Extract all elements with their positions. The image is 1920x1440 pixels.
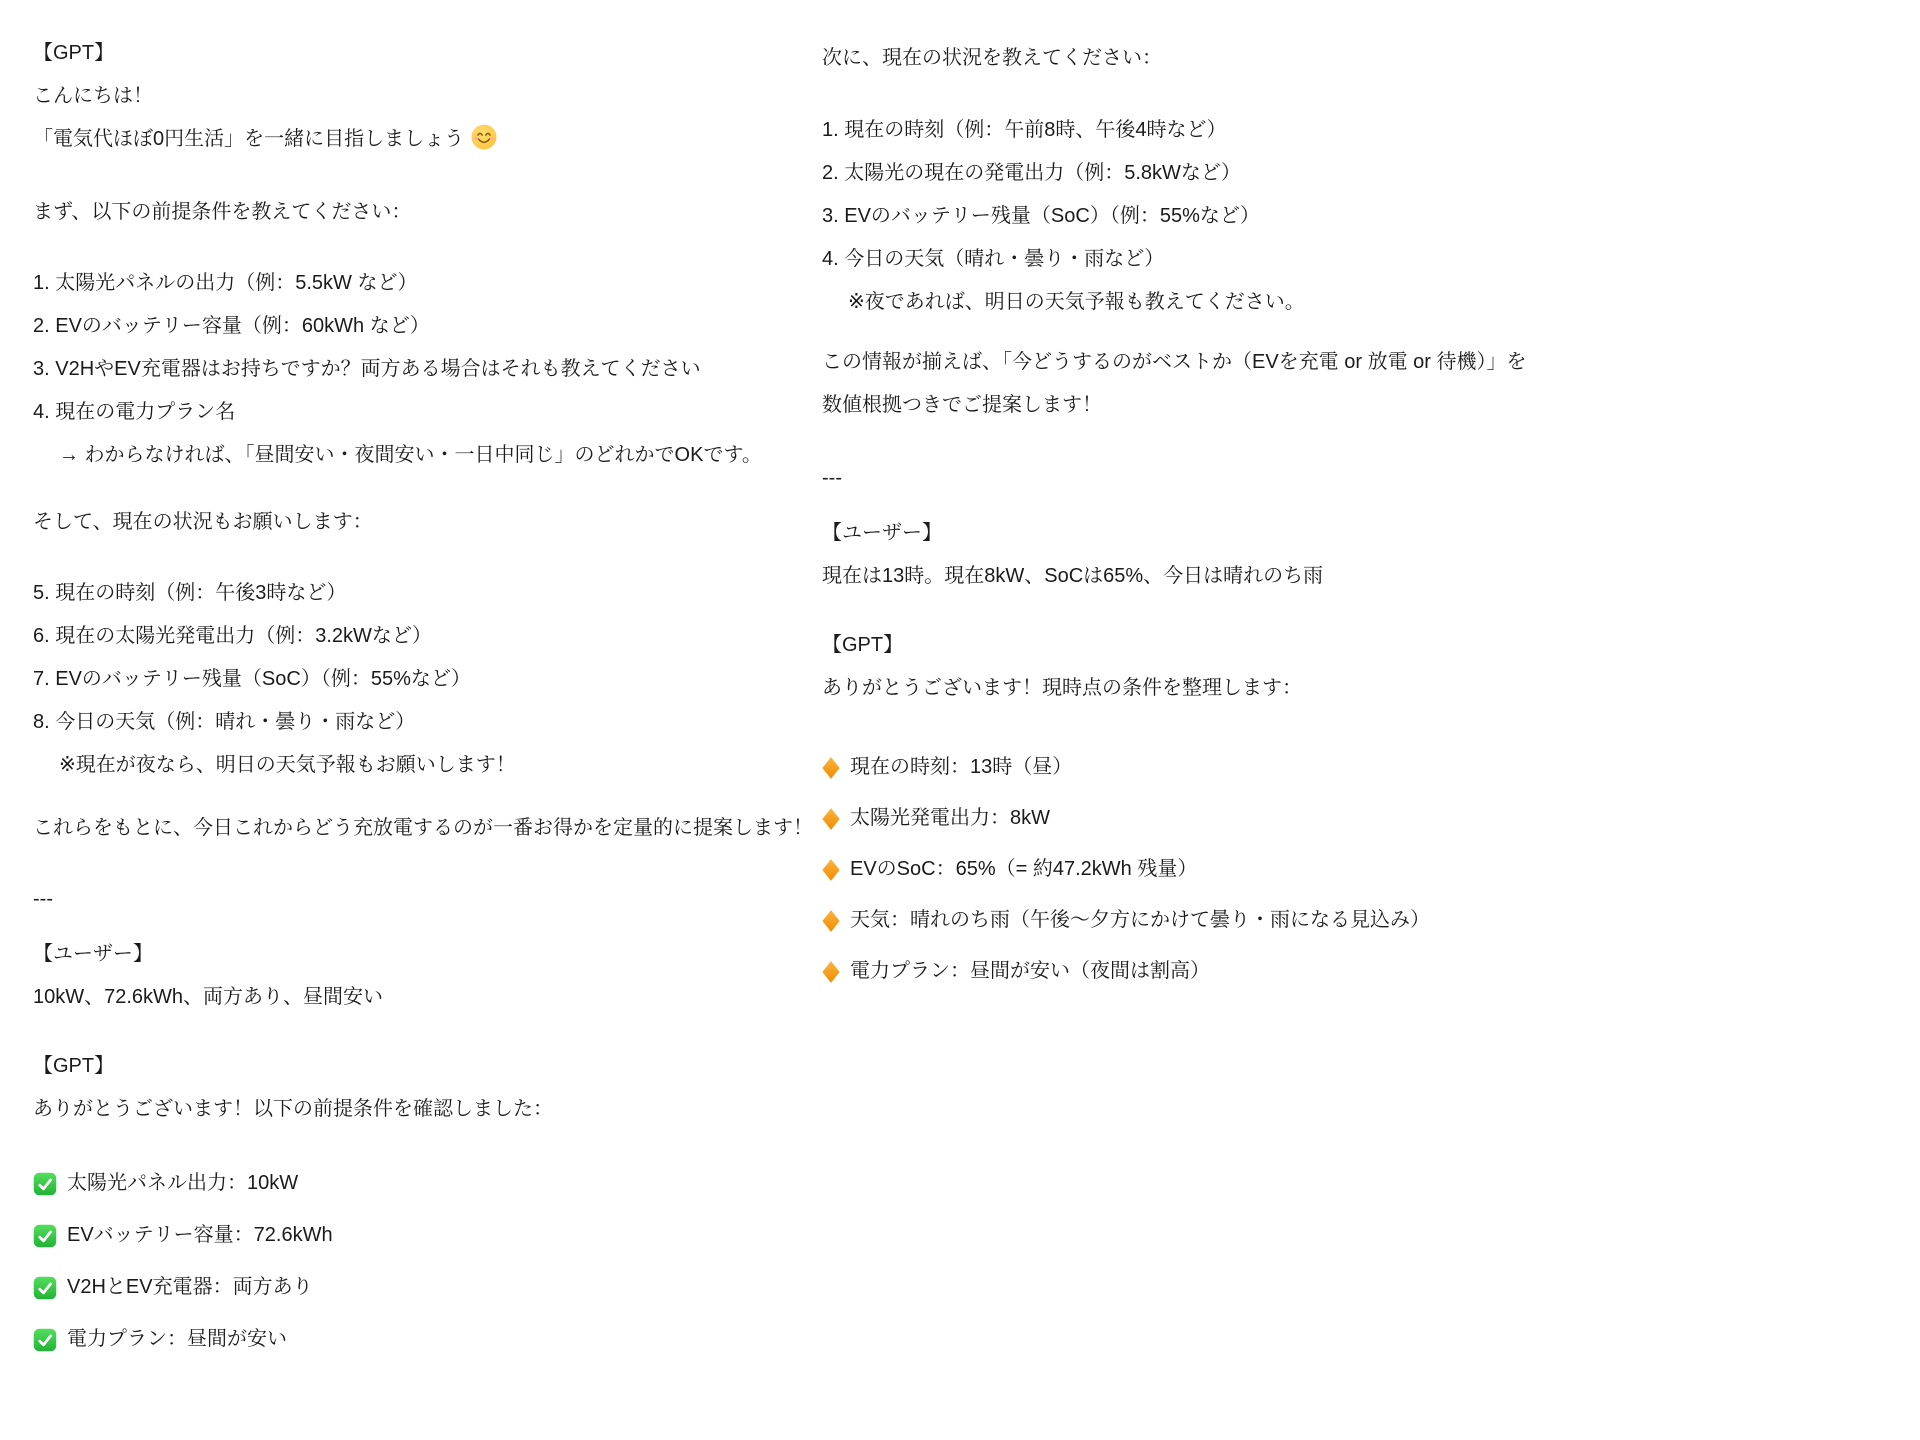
check-text: 太陽光パネル出力：10kW xyxy=(67,1162,298,1205)
spacer xyxy=(822,500,823,512)
diamond-item: EVのSoC：65%（= 約47.2kWh 残量） xyxy=(822,848,1526,891)
paragraph-summary: ありがとうございます！現時点の条件を整理します： xyxy=(822,667,1526,710)
list-item: 6. 現在の太陽光発電出力（例：3.2kWなど） xyxy=(33,615,813,658)
list-item: 3. EVのバッテリー残量（SoC）（例：55%など） xyxy=(822,195,1526,238)
check-item: EVバッテリー容量：72.6kWh xyxy=(33,1214,813,1257)
divider-line: --- xyxy=(33,878,813,921)
spacer xyxy=(33,161,34,191)
speaker-label-user: 【ユーザー】 xyxy=(33,933,813,976)
list-item: 7. EVのバッテリー残量（SoC）（例：55%など） xyxy=(33,658,813,701)
paragraph-user-reply: 10kW、72.6kWh、両方あり、昼間安い xyxy=(33,976,813,1019)
diamond-text: 天気：晴れのち雨（午後〜夕方にかけて曇り・雨になる見込み） xyxy=(850,899,1430,942)
paragraph-ask-status: 次に、現在の状況を教えてください： xyxy=(822,37,1526,80)
speaker-label-gpt: 【GPT】 xyxy=(33,1045,813,1088)
diamond-text: 電力プラン：昼間が安い（夜間は割高） xyxy=(850,950,1210,993)
check-emoji xyxy=(33,1224,57,1248)
spacer xyxy=(33,477,34,501)
spacer xyxy=(33,921,34,933)
diamond-text: EVのSoC：65%（= 約47.2kWh 残量） xyxy=(850,848,1197,891)
paragraph-promise-1: この情報が揃えば、「今どうするのがベストか（EVを充電 or 放電 or 待機）… xyxy=(822,341,1526,384)
list-item: 8. 今日の天気（例：晴れ・曇り・雨など） xyxy=(33,701,813,744)
paragraph-promise-2: 数値根拠つきでご提案します！ xyxy=(822,384,1526,427)
spacer xyxy=(33,787,34,807)
paragraph-goal-text: 「電気代ほぼ0円生活」を一緒に目指しましょう xyxy=(33,128,464,150)
spacer xyxy=(33,1019,34,1045)
right-column: 次に、現在の状況を教えてください： 1. 現在の時刻（例：午前8時、午後4時など… xyxy=(822,0,1526,993)
diamond-emoji xyxy=(822,807,840,831)
smile-emoji xyxy=(471,124,497,150)
list-item: 2. 太陽光の現在の発電出力（例：5.8kWなど） xyxy=(822,152,1526,195)
check-item: 電力プラン：昼間が安い xyxy=(33,1318,813,1361)
note-line: ※現在が夜なら、明日の天気予報もお願いします！ xyxy=(33,744,813,787)
note-line: ※夜であれば、明日の天気予報も教えてください。 xyxy=(822,281,1526,324)
divider-line: --- xyxy=(822,457,1526,500)
check-item: 太陽光パネル出力：10kW xyxy=(33,1162,813,1205)
diamond-text: 太陽光発電出力：8kW xyxy=(850,797,1050,840)
check-text: EVバッテリー容量：72.6kWh xyxy=(67,1214,333,1257)
spacer xyxy=(822,324,823,341)
check-emoji xyxy=(33,1328,57,1352)
check-text: 電力プラン：昼間が安い xyxy=(67,1318,287,1361)
paragraph-greeting: こんにちは！ xyxy=(33,75,813,118)
paragraph-ask-preconditions: まず、以下の前提条件を教えてください： xyxy=(33,191,813,234)
diamond-emoji xyxy=(822,756,840,780)
spacer xyxy=(822,598,823,624)
spacer xyxy=(822,710,823,738)
speaker-label-gpt: 【GPT】 xyxy=(33,32,813,75)
diamond-emoji xyxy=(822,960,840,984)
spacer xyxy=(822,80,823,109)
list-item: 2. EVのバッテリー容量（例：60kWh など） xyxy=(33,305,813,348)
diamond-item: 太陽光発電出力：8kW xyxy=(822,797,1526,840)
check-emoji xyxy=(33,1276,57,1300)
list-item: 5. 現在の時刻（例：午後3時など） xyxy=(33,572,813,615)
list-item: 1. 太陽光パネルの出力（例：5.5kW など） xyxy=(33,262,813,305)
diamond-item: 現在の時刻：13時（昼） xyxy=(822,746,1526,789)
paragraph-confirm: ありがとうございます！以下の前提条件を確認しました： xyxy=(33,1088,813,1131)
check-emoji xyxy=(33,1172,57,1196)
spacer xyxy=(33,1131,34,1153)
paragraph-goal: 「電気代ほぼ0円生活」を一緒に目指しましょう xyxy=(33,118,813,161)
list-item: 4. 今日の天気（晴れ・曇り・雨など） xyxy=(822,238,1526,281)
spacer xyxy=(33,234,34,262)
check-text: V2HとEV充電器：両方あり xyxy=(67,1266,313,1309)
spacer xyxy=(33,544,34,572)
list-item: 1. 現在の時刻（例：午前8時、午後4時など） xyxy=(822,109,1526,152)
note-line: → わからなければ、「昼間安い・夜間安い・一日中同じ」のどれかでOKです。 xyxy=(33,434,813,477)
list-item: 4. 現在の電力プラン名 xyxy=(33,391,813,434)
paragraph-user-reply: 現在は13時。現在8kW、SoCは65%、今日は晴れのち雨 xyxy=(822,555,1526,598)
spacer xyxy=(33,850,34,878)
left-column: 【GPT】 こんにちは！ 「電気代ほぼ0円生活」を一緒に目指しましょう まず、以… xyxy=(33,0,813,1361)
speaker-label-user: 【ユーザー】 xyxy=(822,512,1526,555)
spacer xyxy=(822,427,823,457)
diamond-text: 現在の時刻：13時（昼） xyxy=(850,746,1072,789)
diamond-emoji xyxy=(822,909,840,933)
paragraph-ask-current: そして、現在の状況もお願いします： xyxy=(33,501,813,544)
diamond-item: 電力プラン：昼間が安い（夜間は割高） xyxy=(822,950,1526,993)
speaker-label-gpt: 【GPT】 xyxy=(822,624,1526,667)
paragraph-promise: これらをもとに、今日これからどう充放電するのが一番お得かを定量的に提案します！ xyxy=(33,807,813,850)
diamond-emoji xyxy=(822,858,840,882)
diamond-item: 天気：晴れのち雨（午後〜夕方にかけて曇り・雨になる見込み） xyxy=(822,899,1526,942)
check-item: V2HとEV充電器：両方あり xyxy=(33,1266,813,1309)
list-item: 3. V2HやEV充電器はお持ちですか？両方ある場合はそれも教えてください xyxy=(33,348,813,391)
